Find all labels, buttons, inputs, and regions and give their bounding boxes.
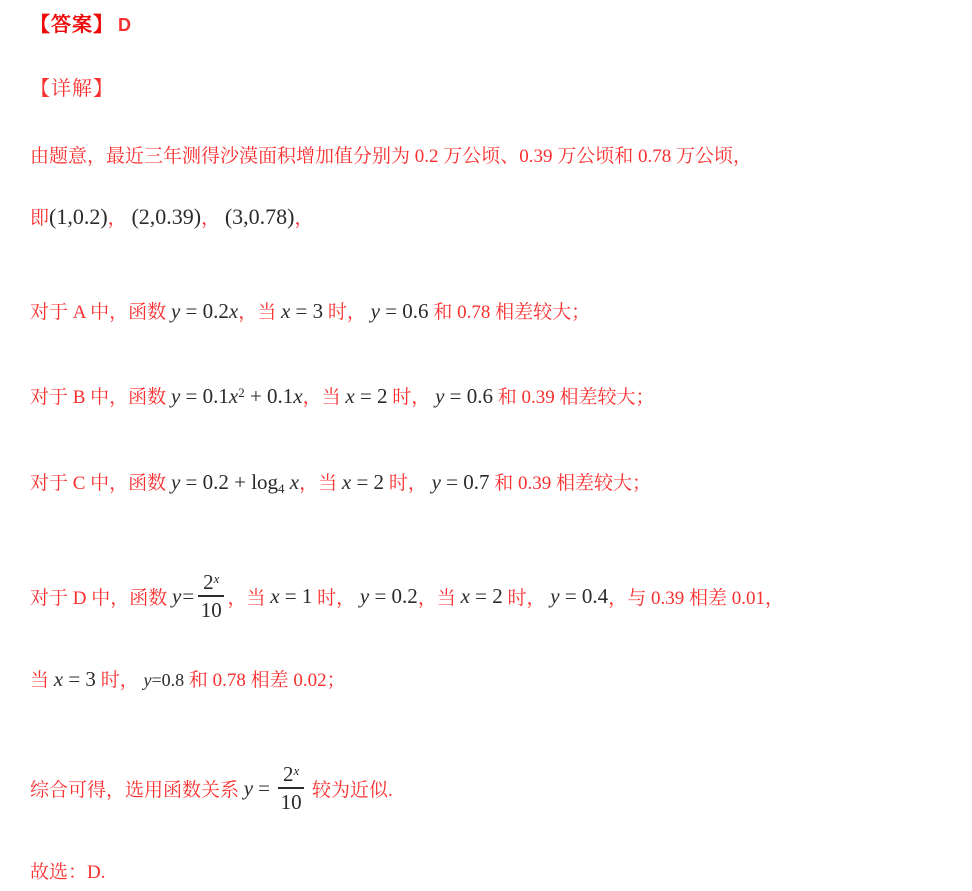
answer-value: D	[118, 15, 131, 35]
option-d-c1: ，当	[227, 583, 270, 610]
condition-a: x = 3	[281, 299, 323, 323]
document-page: 【答案】D 【详解】 由题意，最近三年测得沙漠面积增加值分别为 0.2 万公顷、…	[0, 0, 972, 891]
option-d-c2: 时，	[312, 583, 360, 610]
option-b-c1: ，当	[303, 387, 346, 408]
points-comma-2: ，	[201, 208, 225, 229]
answer-heading: 【答案】D	[30, 8, 131, 37]
x3-line: 当 x = 3 时， y=0.8 和 0.78 相差 0.02；	[30, 665, 346, 692]
detail-label: 【详解】	[30, 78, 114, 100]
formula-d-fraction: y=2x10	[172, 570, 227, 622]
option-c-tail: 和 0.39 相差较大；	[490, 473, 652, 494]
condition-c: x = 2	[342, 470, 384, 494]
x3-tail: 和 0.78 相差 0.02；	[184, 670, 346, 691]
result-d2: y = 0.4	[550, 584, 608, 609]
x3-c1: 时，	[96, 670, 144, 691]
condition-d1: x = 1	[270, 584, 312, 609]
option-d-c3: ，当	[418, 583, 461, 610]
option-a-c2: 时，	[323, 302, 371, 323]
option-a-line: 对于 A 中，函数 y = 0.2x，当 x = 3 时， y = 0.6 和 …	[30, 297, 590, 324]
points-prefix: 即	[30, 208, 49, 229]
option-b-line: 对于 B 中，函数 y = 0.1x2 + 0.1x，当 x = 2 时， y …	[30, 382, 655, 409]
option-d-c4: 时，	[503, 583, 551, 610]
point-3: (3,0.78)	[225, 204, 295, 229]
point-1: (1,0.2)	[49, 204, 108, 229]
condition-b: x = 2	[345, 384, 387, 408]
fraction-2x-over-10: 2x10	[198, 570, 224, 622]
option-c-lead: 对于 C 中，函数	[30, 473, 171, 494]
final-answer-line: 故选：D.	[30, 857, 105, 884]
paragraph-points: 即(1,0.2)， (2,0.39)， (3,0.78)，	[30, 203, 314, 230]
point-2: (2,0.39)	[131, 204, 201, 229]
option-d-tail: ，与 0.39 相差 0.01，	[608, 583, 784, 610]
result-b: y = 0.6	[435, 384, 493, 408]
formula-a: y = 0.2x	[171, 299, 238, 323]
option-c-line: 对于 C 中，函数 y = 0.2 + log4 x，当 x = 2 时， y …	[30, 468, 651, 495]
formula-b: y = 0.1x2 + 0.1x	[171, 384, 303, 408]
option-a-c1: ，当	[238, 302, 281, 323]
option-d-lead: 对于 D 中，函数	[30, 583, 172, 610]
option-b-lead: 对于 B 中，函数	[30, 387, 171, 408]
condition-x3: x = 3	[54, 667, 96, 691]
option-c-c2: 时，	[384, 473, 432, 494]
points-comma-3: ，	[295, 208, 314, 229]
x3-lead: 当	[30, 670, 54, 691]
option-a-lead: 对于 A 中，函数	[30, 302, 171, 323]
option-d-line: 对于 D 中，函数 y=2x10，当 x = 1 时， y = 0.2，当 x …	[30, 553, 784, 639]
conclusion-line: 综合可得，选用函数关系 y=2x10 较为近似.	[30, 745, 393, 831]
option-b-tail: 和 0.39 相差较大；	[493, 387, 655, 408]
conclusion-fraction: y=2x10	[244, 762, 307, 814]
condition-d2: x = 2	[461, 584, 503, 609]
fraction-2x-over-10: 2x10	[278, 762, 304, 814]
result-x3: y=0.8	[143, 670, 184, 690]
paragraph-intro: 由题意，最近三年测得沙漠面积增加值分别为 0.2 万公顷、0.39 万公顷和 0…	[30, 141, 752, 168]
intro-text: 由题意，最近三年测得沙漠面积增加值分别为 0.2 万公顷、0.39 万公顷和 0…	[30, 146, 752, 167]
points-comma-1: ，	[108, 208, 132, 229]
final-text: 故选：D.	[30, 862, 105, 883]
result-c: y = 0.7	[432, 470, 490, 494]
option-b-c2: 时，	[388, 387, 436, 408]
conclusion-lead: 综合可得，选用函数关系	[30, 775, 244, 802]
conclusion-tail: 较为近似.	[307, 775, 393, 802]
answer-label: 【答案】	[30, 14, 114, 36]
formula-c: y = 0.2 + log4 x	[171, 470, 299, 494]
result-a: y = 0.6	[371, 299, 429, 323]
option-c-c1: ，当	[299, 473, 342, 494]
detail-heading: 【详解】	[30, 72, 114, 101]
result-d1: y = 0.2	[360, 584, 418, 609]
option-a-tail: 和 0.78 相差较大；	[429, 302, 591, 323]
